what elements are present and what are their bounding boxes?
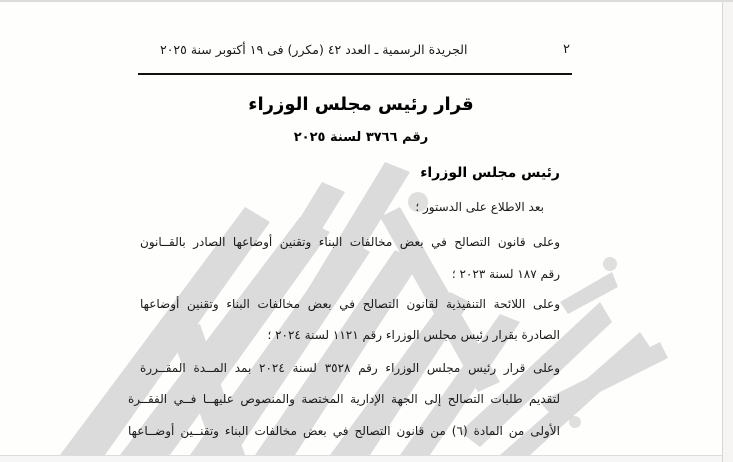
document-viewer: ٢ الجريدة الرسمية ـ العدد ٤٢ (مكرر) فى ١… <box>0 0 733 462</box>
document-page: ٢ الجريدة الرسمية ـ العدد ٤٢ (مكرر) فى ١… <box>0 2 722 455</box>
viewer-bottom-margin <box>0 455 722 462</box>
document-content: ٢ الجريدة الرسمية ـ العدد ٤٢ (مكرر) فى ١… <box>0 2 722 455</box>
body-line: الصادرة بقرار رئيس مجلس الوزراء رقم ١١٢١… <box>128 328 560 342</box>
body-line: وعلى اللائحة التنفيذية لقانون التصالح في… <box>140 297 560 311</box>
body-line: لتقديم طلبات التصالح إلى الجهة الإدارية … <box>128 392 560 406</box>
issuer-heading: رئيس مجلس الوزراء <box>420 165 560 181</box>
header-divider <box>138 73 572 75</box>
body-line: وعلى قانون التصالح في بعض مخالفات البناء… <box>140 235 560 249</box>
decree-number: رقم ٣٧٦٦ لسنة ٢٠٢٥ <box>0 130 722 145</box>
viewer-right-margin <box>722 2 733 462</box>
page-header: ٢ الجريدة الرسمية ـ العدد ٤٢ (مكرر) فى ١… <box>160 42 570 57</box>
body-line: وعلى قرار رئيس مجلس الوزراء رقم ٣٥٢٨ لسن… <box>140 361 560 375</box>
decree-title: قرار رئيس مجلس الوزراء <box>0 94 722 115</box>
page-number: ٢ <box>563 42 570 57</box>
body-line: الأولى من المادة (٦) من قانون التصالح في… <box>128 424 560 438</box>
gazette-issue-line: الجريدة الرسمية ـ العدد ٤٢ (مكرر) فى ١٩ … <box>160 42 467 57</box>
body-line: بعد الاطلاع على الدستور ؛ <box>140 200 544 214</box>
body-line: رقم ١٨٧ لسنة ٢٠٢٣ ؛ <box>128 267 560 281</box>
